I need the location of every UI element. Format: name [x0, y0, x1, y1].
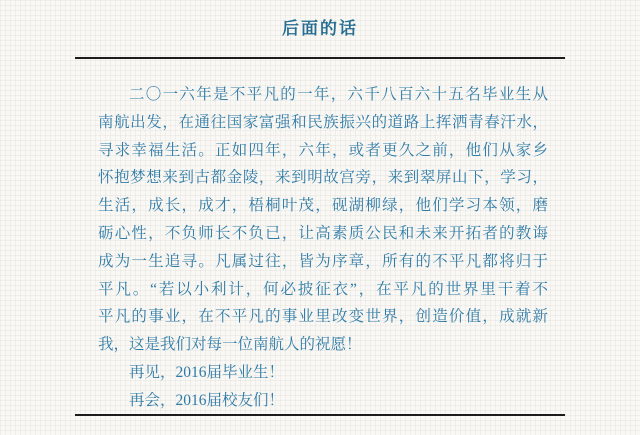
paragraph-line: 平凡。“若以小利计，何必披征衣”，在平凡的世界里干着不: [98, 276, 548, 304]
paragraph-line: 怀抱梦想来到古都金陵，来到明故宫旁，来到翠屏山下，学习，: [98, 164, 548, 192]
page-title: 后面的话: [0, 14, 640, 39]
paragraph-line: 我，这是我们对每一位南航人的祝愿！: [98, 331, 548, 359]
paragraph-line: 生活，成长，成才，梧桐叶茂，砚湖柳绿，他们学习本领，磨: [98, 192, 548, 220]
farewell-line-graduates: 再见，2016届毕业生！: [98, 359, 548, 387]
paragraph-line: 二〇一六年是不平凡的一年，六千八百六十五名毕业生从: [98, 81, 548, 109]
paragraph-line: 平凡的事业，在不平凡的事业里改变世界，创造价值，成就新: [98, 303, 548, 331]
document-page: 后面的话 二〇一六年是不平凡的一年，六千八百六十五名毕业生从 南航出发，在通往国…: [0, 0, 640, 435]
bottom-divider-rule: [75, 414, 565, 416]
paragraph-line: 南航出发，在通往国家富强和民族振兴的道路上挥洒青春汗水，: [98, 109, 548, 137]
paragraph-line: 成为一生追寻。凡属过往，皆为序章，所有的不平凡都将归于: [98, 248, 548, 276]
paragraph-line: 寻求幸福生活。正如四年，六年，或者更久之前，他们从家乡: [98, 137, 548, 165]
afterword-paragraph: 二〇一六年是不平凡的一年，六千八百六十五名毕业生从 南航出发，在通往国家富强和民…: [98, 81, 548, 415]
farewell-line-alumni: 再会，2016届校友们！: [98, 387, 548, 415]
paragraph-line: 砺心性，不负师长不负已，让高素质公民和未来开拓者的教诲: [98, 220, 548, 248]
top-divider-rule: [75, 57, 565, 59]
